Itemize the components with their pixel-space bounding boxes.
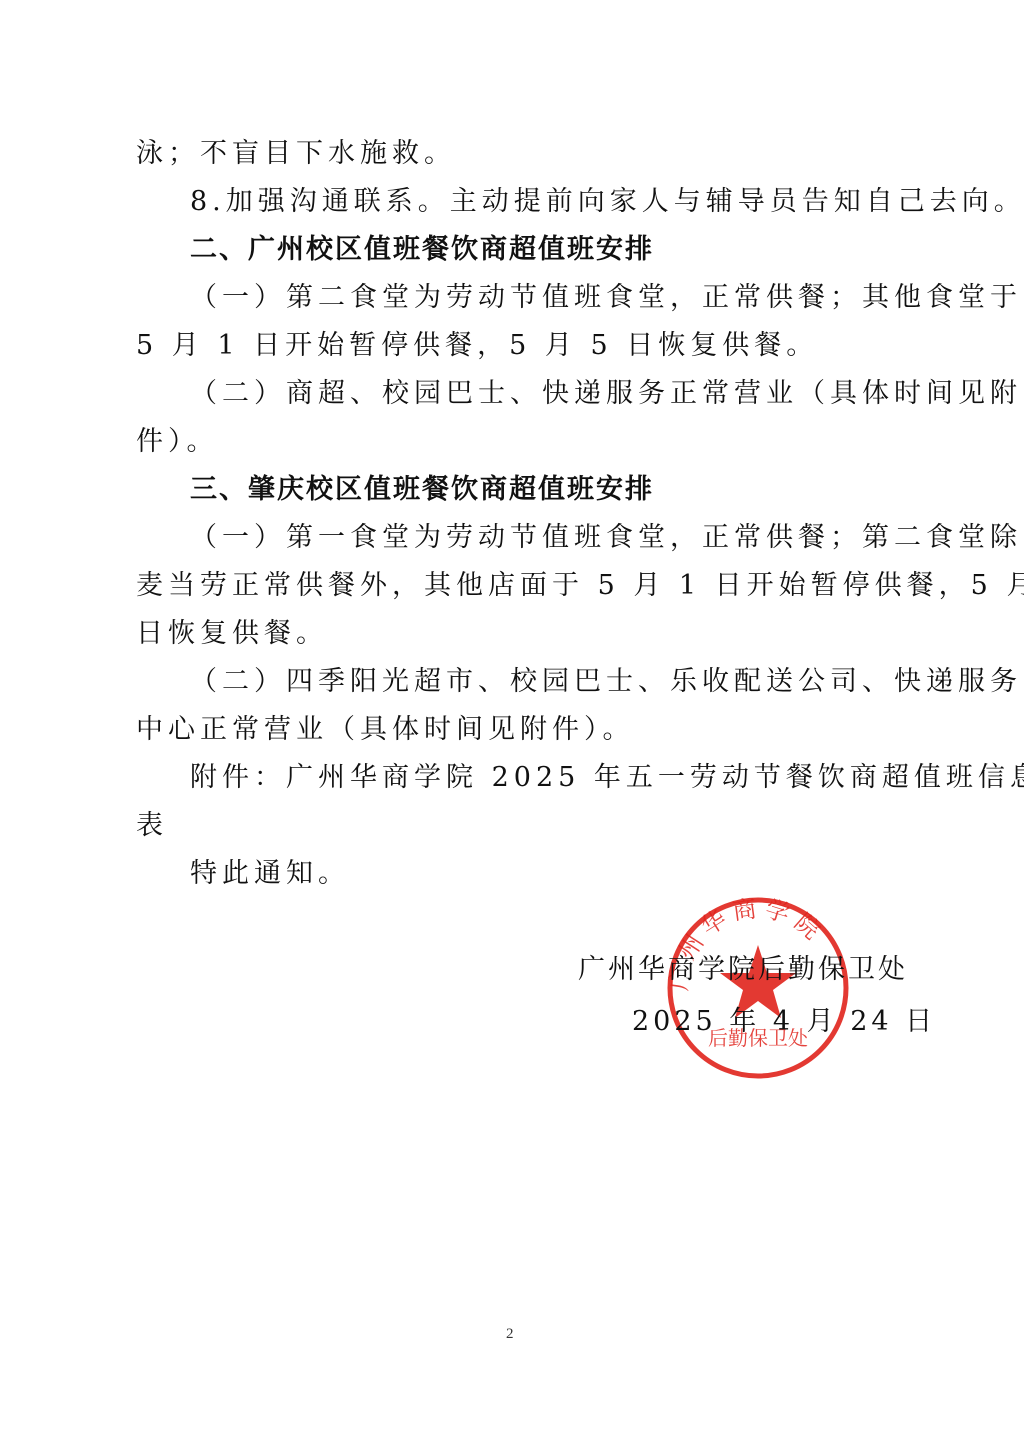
closing-line: 特此通知。 — [190, 854, 350, 894]
signature-date: 2025 年 4 月 24 日 — [632, 1002, 936, 1042]
section-heading: 二、广州校区值班餐饮商超值班安排 — [190, 230, 654, 270]
body-line: （一）第二食堂为劳动节值班食堂，正常供餐；其他食堂于 — [190, 278, 1022, 318]
body-line: （二）商超、校园巴士、快递服务正常营业（具体时间见附 — [190, 374, 1022, 414]
attachment-line: 表 — [136, 806, 168, 846]
body-line: 件）。 — [136, 422, 219, 462]
body-line: 日恢复供餐。 — [136, 614, 328, 654]
body-line: （二）四季阳光超市、校园巴士、乐收配送公司、快递服务 — [190, 662, 1022, 702]
section-heading: 三、肇庆校区值班餐饮商超值班安排 — [190, 470, 654, 510]
body-line: 麦当劳正常供餐外，其他店面于 5 月 1 日开始暂停供餐，5 月 6 — [136, 566, 1024, 606]
page-number: 2 — [506, 1326, 514, 1343]
body-line: 中心正常营业（具体时间见附件）。 — [136, 710, 635, 750]
signature-organization: 广州华商学院后勤保卫处 — [578, 950, 908, 990]
body-line: 5 月 1 日开始暂停供餐，5 月 5 日恢复供餐。 — [136, 326, 818, 366]
attachment-line: 附件：广州华商学院 2025 年五一劳动节餐饮商超值班信息 — [190, 758, 1024, 798]
body-line: 8.加强沟通联系。主动提前向家人与辅导员告知自己去向。 — [190, 182, 1024, 222]
body-line: 泳；不盲目下水施救。 — [136, 134, 456, 174]
body-line: （一）第一食堂为劳动节值班食堂，正常供餐；第二食堂除 — [190, 518, 1022, 558]
